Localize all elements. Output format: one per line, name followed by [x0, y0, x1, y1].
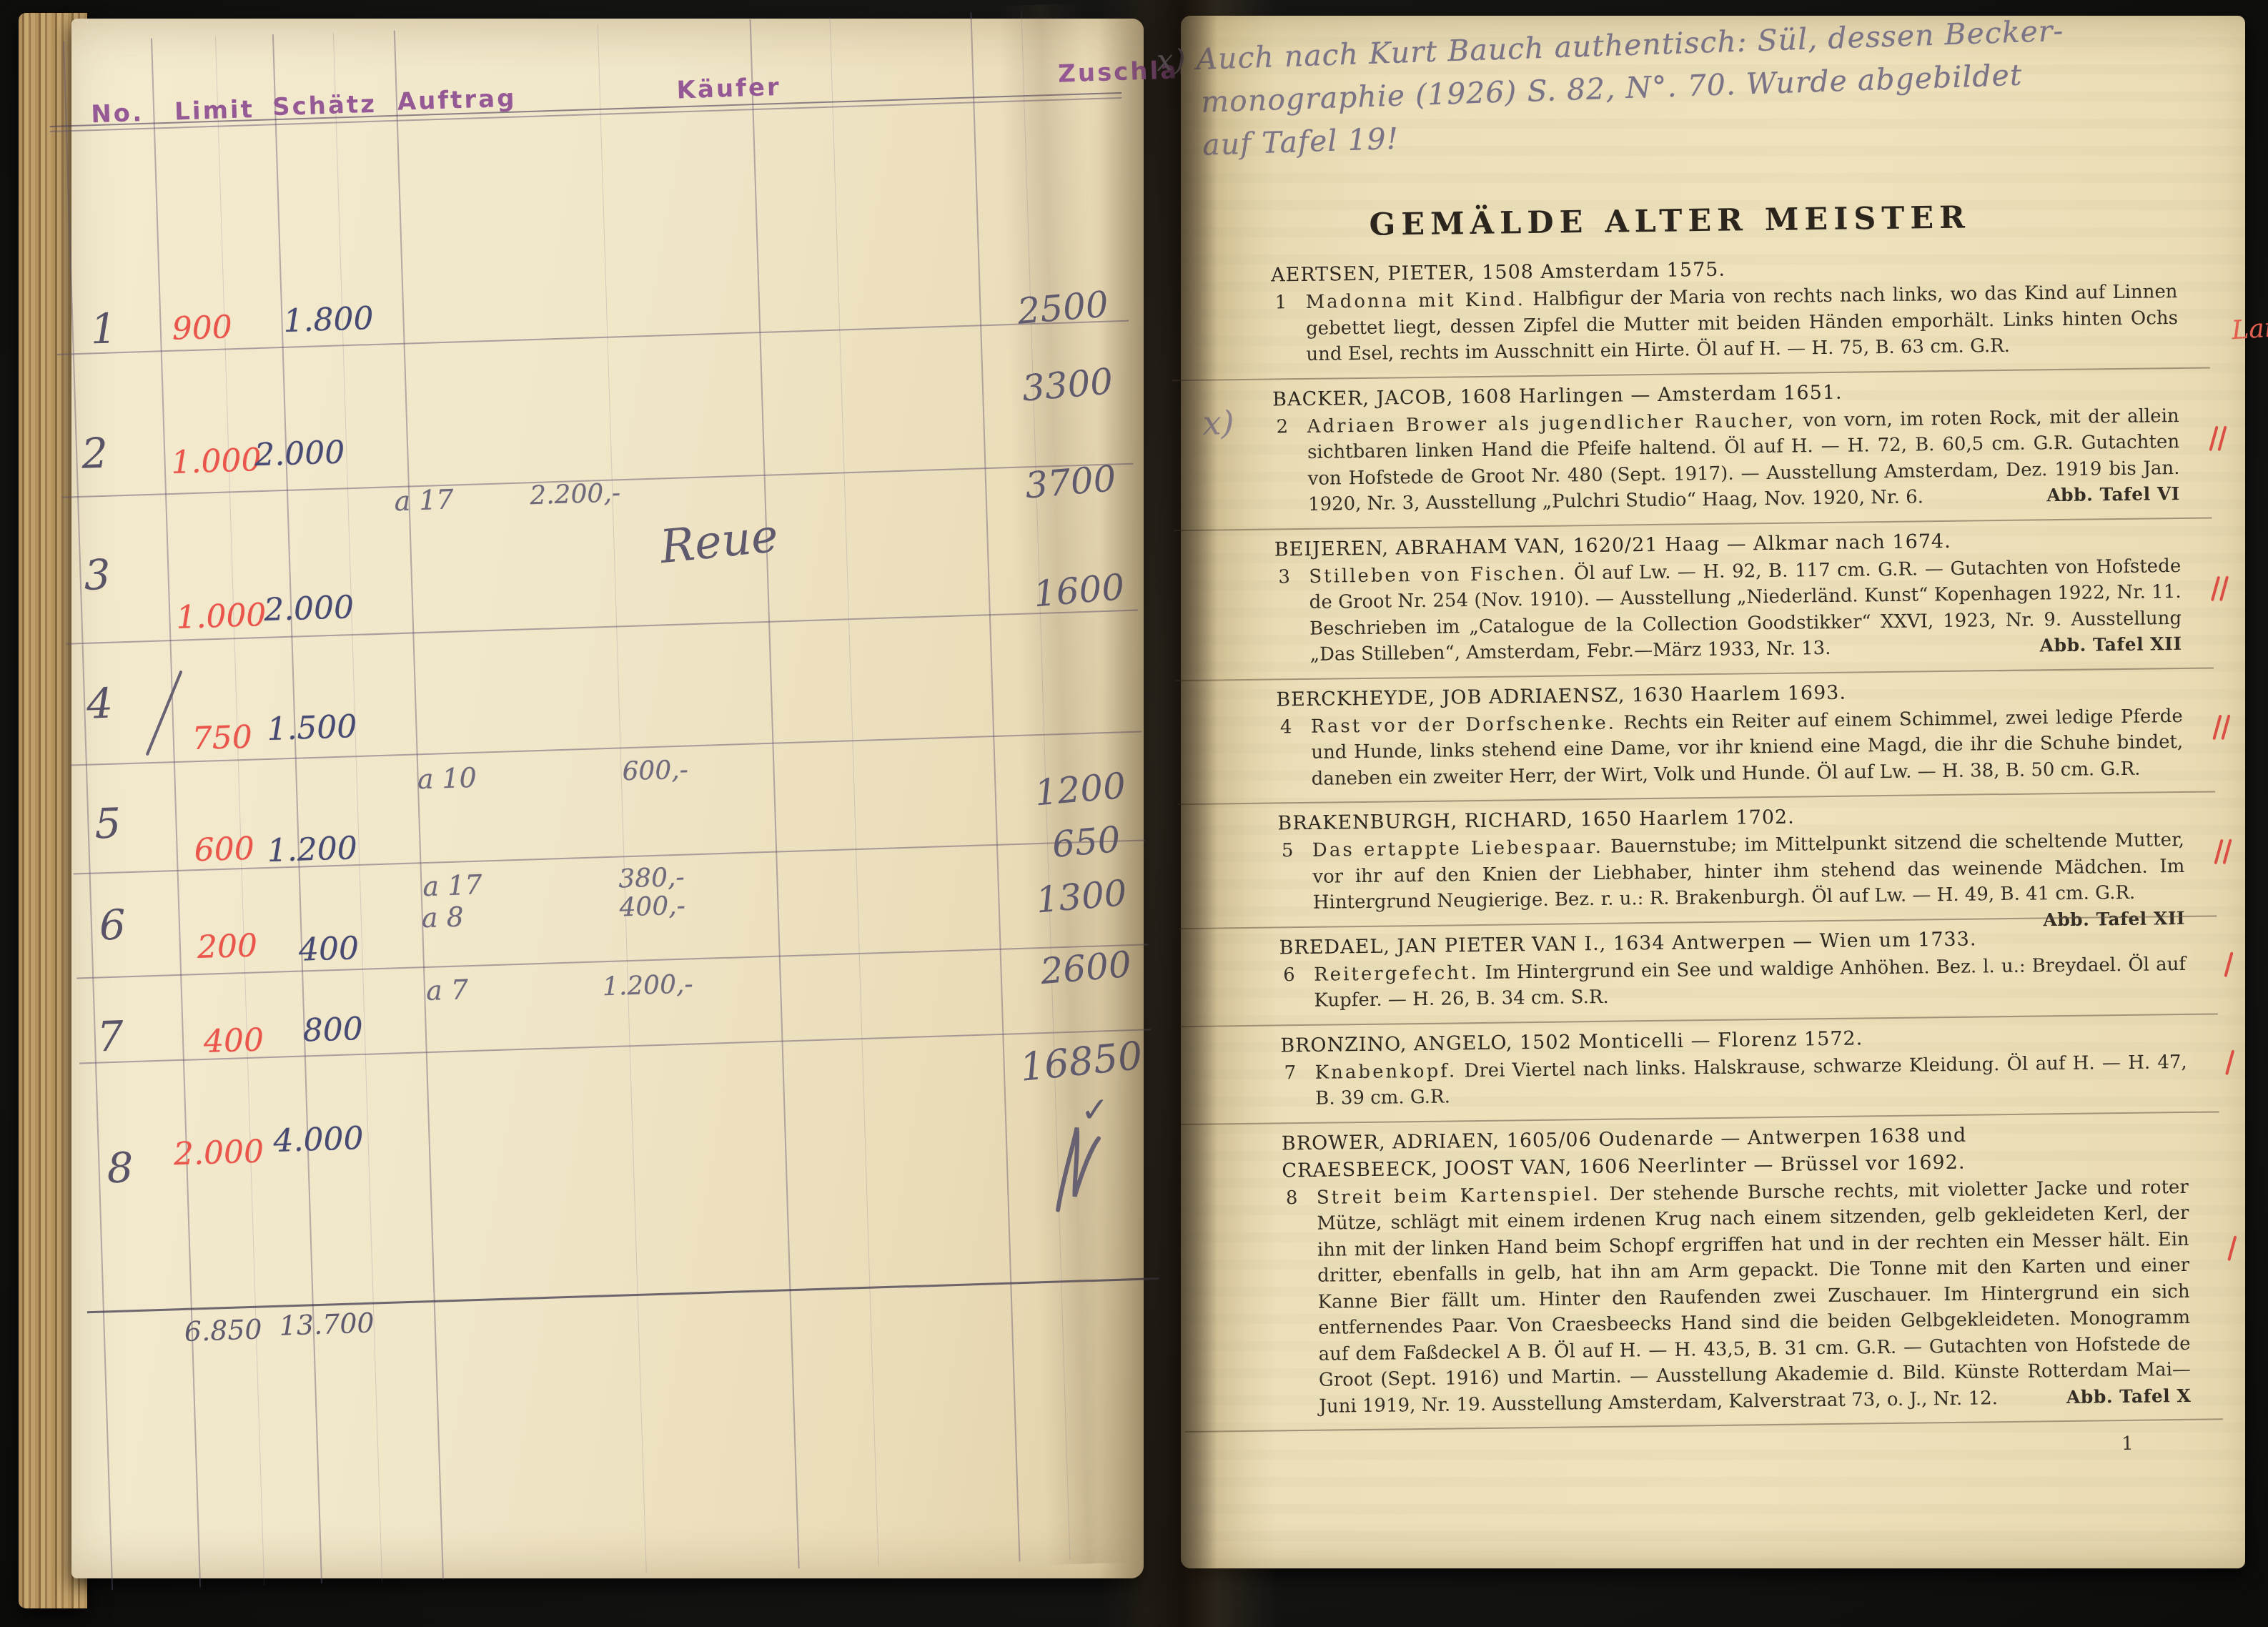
limit-value: 1.000: [176, 597, 267, 636]
limit-value: 750: [192, 719, 253, 758]
limit-value: 400: [203, 1022, 264, 1060]
estimate-value: 800: [302, 1011, 364, 1049]
top-annotation: x) Auch nach Kurt Bauch authentisch: Sül…: [1156, 4, 2210, 168]
hammer-price: 650: [1051, 819, 1122, 866]
red-check-mark: [2222, 1049, 2231, 1078]
entry-number: 1: [1274, 290, 1305, 316]
entry-number: 5: [1282, 838, 1312, 864]
entry-number: 8: [1286, 1185, 1317, 1211]
lot-number: 1: [90, 304, 118, 353]
estimate-total: 13.700: [279, 1307, 375, 1342]
table-vline-faint: [830, 17, 879, 1566]
auftrag-amount: 1.200,-: [602, 969, 693, 1002]
estimate-value: 2.000: [254, 434, 346, 473]
column-header-auftrag: Auftrag: [397, 84, 517, 117]
catalog-column: GEMÄLDE ALTER MEISTER AERTSEN, PIETER, 1…: [1270, 197, 2192, 1438]
plate-reference: Abb. Tafel XII: [2070, 631, 2182, 658]
flourish-mark: [1048, 1122, 1108, 1217]
entry-number: 4: [1280, 713, 1311, 740]
hammer-price: 1300: [1034, 872, 1129, 921]
entry-text: 4Rast vor der Dorfschenke. Rechts ein Re…: [1277, 703, 2184, 792]
red-check-mark: [2225, 1236, 2234, 1265]
catalog-entry: BEIJEREN, ABRAHAM VAN, 1620/21 Haag — Al…: [1274, 517, 2182, 668]
limit-value: 600: [194, 831, 255, 869]
table-vline: [750, 19, 800, 1568]
x-annotation-mark: x): [1202, 403, 1234, 442]
auftrag-amount: 380,-: [618, 863, 685, 894]
entry-description: Der stehende Bursche rechts, mit violett…: [1317, 1176, 2191, 1417]
entry-text: 1Madonna mit Kind. Halbfigur der Maria v…: [1271, 279, 2178, 368]
entry-lead: Madonna mit Kind.: [1305, 289, 1525, 313]
entry-lead: Reitergefecht.: [1314, 962, 1479, 986]
auftrag-code: a 17: [394, 484, 454, 518]
auftrag-code: a 10: [417, 762, 477, 796]
lot-number: 8: [107, 1143, 134, 1192]
red-check-mark: [2208, 575, 2225, 604]
hammer-price: 3300: [1021, 360, 1115, 409]
entry-divider: [1185, 1418, 2223, 1433]
estimate-value: 400: [298, 930, 360, 969]
lot-number: 6: [99, 900, 127, 949]
ledger-table: No. Limit Schätz Auftrag Käufer Zuschlag…: [47, 2, 1168, 1595]
catalog-entry: BERCKHEYDE, JOB ADRIAENSZ, 1630 Haarlem …: [1276, 667, 2184, 792]
lot-number: 4: [86, 679, 114, 728]
column-header-kaeufer: Käufer: [676, 73, 781, 105]
auftrag-code: a 8: [421, 901, 464, 934]
hammer-price: 1200: [1033, 765, 1127, 813]
auftrag-amount: 2.200,-: [530, 478, 621, 510]
catalog-entry: BRONZINO, ANGELO, 1502 Monticelli — Flor…: [1280, 1013, 2187, 1112]
plate-reference: Abb. Tafel VI: [2077, 481, 2180, 508]
table-vline-faint: [215, 36, 264, 1586]
entry-lead: Knabenkopf.: [1315, 1060, 1457, 1083]
column-header-limit: Limit: [174, 95, 255, 126]
hammer-price: 1600: [1032, 566, 1126, 615]
auftrag-amount: 600,-: [622, 755, 689, 786]
catalog-entry: BRAKENBURGH, RICHARD, 1650 Haarlem 1702.…: [1277, 791, 2185, 916]
entry-number: 3: [1278, 563, 1309, 590]
lot-number: 5: [94, 798, 122, 848]
total-rule: [87, 1277, 1159, 1313]
red-check-mark: [2222, 951, 2230, 980]
limit-value: 2.000: [173, 1133, 264, 1172]
column-header-schaetz: Schätz: [272, 90, 377, 122]
entry-lead: Das ertappte Liebespaar.: [1312, 836, 1603, 861]
table-vline: [394, 31, 444, 1580]
hammer-price: 2600: [1039, 944, 1133, 992]
auftrag-code: a 17: [422, 869, 482, 903]
entry-lead: Stilleben von Fischen.: [1309, 563, 1567, 587]
table-vline: [272, 34, 322, 1583]
limit-value: 1.000: [171, 442, 262, 481]
catalog-entry: AERTSEN, PIETER, 1508 Amsterdam 1575. 1M…: [1271, 252, 2179, 368]
ledger-page: No. Limit Schätz Auftrag Käufer Zuschlag…: [71, 19, 1144, 1578]
red-check-mark: [2212, 839, 2229, 867]
entry-text: 7Knabenkopf. Drei Viertel nach links. Ha…: [1281, 1049, 2188, 1112]
auftrag-code: a 7: [425, 974, 468, 1007]
table-vline-faint: [598, 24, 647, 1573]
plate-reference: Abb. Tafel X: [2097, 1383, 2192, 1410]
section-title: GEMÄLDE ALTER MEISTER: [1217, 198, 2124, 244]
estimate-value: 1.500: [267, 708, 358, 748]
hammer-price: 2500: [1016, 283, 1110, 332]
lot-number: 3: [83, 550, 111, 600]
buyer-note: Reue: [658, 510, 781, 574]
book-scan: No. Limit Schätz Auftrag Käufer Zuschlag…: [0, 0, 2268, 1627]
entry-lead: Rast vor der Dorfschenke.: [1311, 712, 1617, 737]
lot-number: 2: [81, 429, 109, 478]
entry-text: 8Streit beim Kartenspiel. Der stehende B…: [1282, 1174, 2192, 1420]
limit-total: 6.850: [184, 1314, 262, 1347]
estimate-value: 1.800: [283, 300, 375, 340]
entry-text: 6Reitergefecht. Im Hintergrund ein See u…: [1279, 951, 2187, 1014]
catalog-page: x) Auch nach Kurt Bauch authentisch: Sül…: [1181, 16, 2245, 1568]
catalog-entry: x) BACKER, JACOB, 1608 Harlingen — Amste…: [1272, 367, 2180, 518]
entry-number: 2: [1276, 413, 1307, 440]
catalog-entry: BROWER, ADRIAEN, 1605/06 Oudenarde — Ant…: [1282, 1111, 2192, 1420]
auftrag-amount: 400,-: [619, 891, 686, 923]
strike-mark: [146, 670, 183, 756]
page-number: 1: [2121, 1433, 2134, 1455]
entry-number: 7: [1284, 1059, 1315, 1086]
limit-value: 200: [197, 928, 258, 966]
entry-text: 2Adriaen Brower als jugendlicher Raucher…: [1272, 402, 2180, 518]
limit-value: 900: [172, 309, 233, 347]
entry-lead: Adriaen Brower als jugendlicher Raucher,: [1307, 410, 1796, 437]
entry-lead: Streit beim Kartenspiel.: [1317, 1183, 1600, 1208]
red-check-mark: [2207, 425, 2224, 454]
red-margin-note: Lando- Blk: [2231, 307, 2268, 345]
entry-text: 3Stilleben von Fischen. Öl auf Lw. — H. …: [1274, 553, 2182, 668]
estimate-value: 2.000: [263, 589, 355, 628]
table-vline-faint: [333, 33, 382, 1582]
red-check-mark: [2210, 715, 2227, 743]
estimate-value: 1.200: [267, 830, 358, 869]
lot-number: 7: [96, 1012, 124, 1061]
entry-number: 6: [1283, 961, 1314, 988]
catalog-entry: BREDAEL, JAN PIETER VAN I., 1634 Antwerp…: [1279, 915, 2186, 1014]
table-vline: [151, 38, 201, 1587]
entry-text: 5Das ertappte Liebespaar. Bauernstube; i…: [1278, 827, 2185, 916]
hammer-price: 3700: [1024, 458, 1118, 506]
catalog-entries: AERTSEN, PIETER, 1508 Amsterdam 1575. 1M…: [1271, 252, 2192, 1431]
column-header-no: No.: [91, 99, 144, 129]
estimate-value: 4.000: [273, 1120, 365, 1159]
